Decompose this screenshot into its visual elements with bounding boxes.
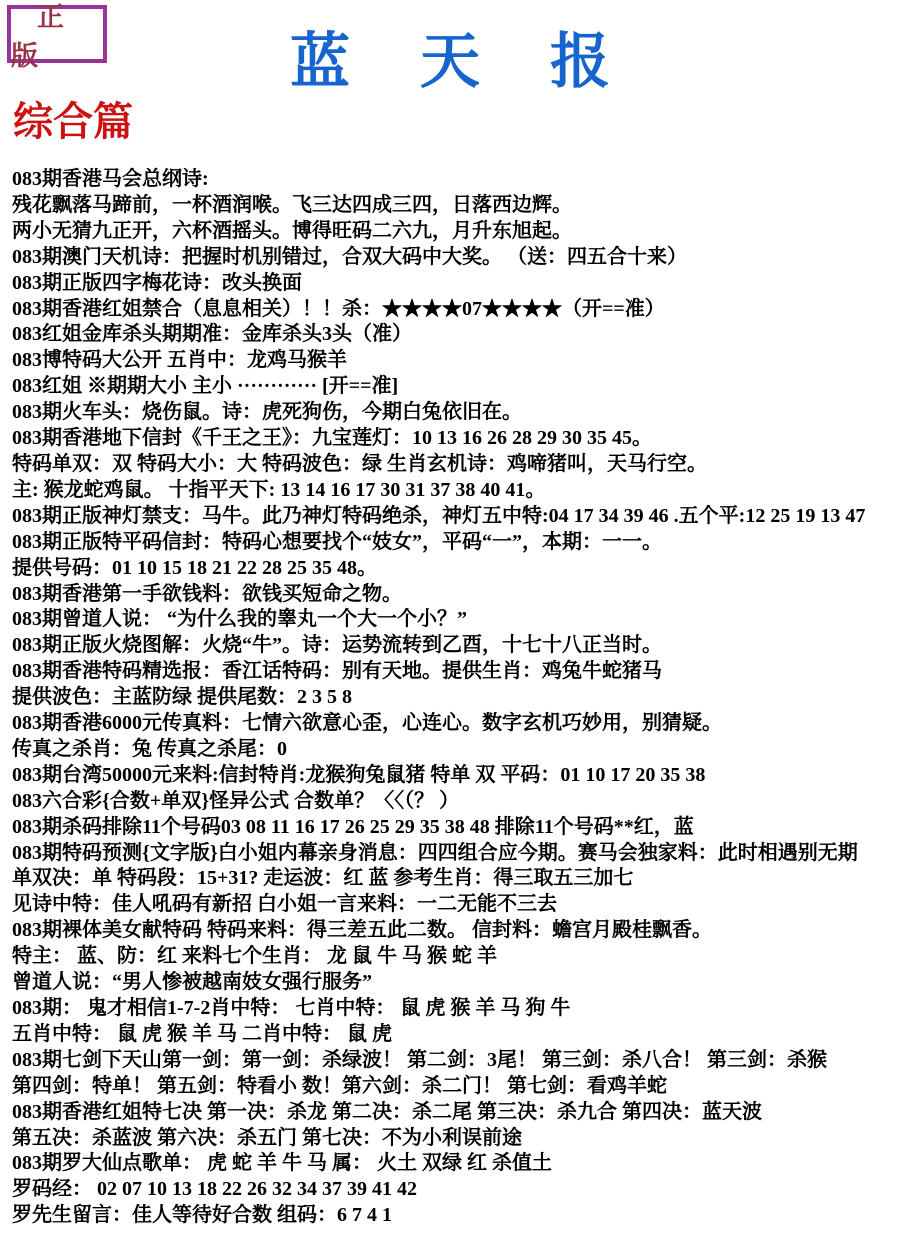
text-line: 两小无猜九正开，六杯酒摇头。博得旺码二六九，月升东旭起。 xyxy=(12,219,900,245)
text-line: 083期香港地下信封《千王之王》：九宝莲灯：10 13 16 26 28 29 … xyxy=(12,426,900,452)
text-line: 083期正版四字梅花诗：改头换面 xyxy=(12,271,900,297)
text-line: 单双决：单 特码段：15+31? 走运波：红 蓝 参考生肖：得三取五三加七 xyxy=(12,866,900,892)
text-line: 第四剑：特单！ 第五剑：特看小 数！第六剑：杀二门！ 第七剑：看鸡羊蛇 xyxy=(12,1074,900,1100)
text-line: 曾道人说：“男人惨被越南妓女强行服务” xyxy=(12,970,900,996)
text-line: 083期香港马会总纲诗: xyxy=(12,167,900,193)
text-line: 提供波色：主蓝防绿 提供尾数：2 3 5 8 xyxy=(12,685,900,711)
text-line: 083期香港红姐特七决 第一决：杀龙 第二决：杀二尾 第三决：杀九合 第四决：蓝… xyxy=(12,1100,900,1126)
text-line: 083期香港红姐禁合（息息相关）！！杀：★★★★07★★★★（开==准） xyxy=(12,297,900,323)
text-line: 083博特码大公开 五肖中：龙鸡马猴羊 xyxy=(12,348,900,374)
text-line: 083期澳门天机诗：把握时机别错过，合双大码中大奖。 （送：四五合十来） xyxy=(12,245,900,271)
text-line: 083期特码预测{文字版}白小姐内幕亲身消息：四四组合应今期。赛马会独家料：此时… xyxy=(12,841,900,867)
text-line: 残花飘落马蹄前，一杯酒润喉。飞三达四成三四，日落西边辉。 xyxy=(12,193,900,219)
page-title: 蓝天报 xyxy=(0,14,900,100)
text-line: 083期香港特码精选报：香江话特码：别有天地。提供生肖：鸡兔牛蛇猪马 xyxy=(12,659,900,685)
body-lines: 083期香港马会总纲诗:残花飘落马蹄前，一杯酒润喉。飞三达四成三四，日落西边辉。… xyxy=(12,167,900,1229)
text-line: 主: 猴龙蛇鸡鼠。 十指平天下: 13 14 16 17 30 31 37 38… xyxy=(12,478,900,504)
text-line: 083期正版特平码信封：特码心想要找个“妓女”，平码“一”，本期：一一。 xyxy=(12,530,900,556)
text-line: 083期香港6000元传真料：七情六欲意心歪，心连心。数字玄机巧妙用，别猜疑。 xyxy=(12,711,900,737)
text-line: 传真之杀肖：兔 传真之杀尾：0 xyxy=(12,737,900,763)
blue-sky-report-page: 正版 蓝天报 综合篇 083期香港马会总纲诗:残花飘落马蹄前，一杯酒润喉。飞三达… xyxy=(0,0,900,1239)
section-heading: 综合篇 xyxy=(13,90,133,147)
text-line: 083期正版火烧图解：火烧“牛”。诗：运势流转到乙酉，十七十八正当时。 xyxy=(12,633,900,659)
text-line: 五肖中特： 鼠 虎 猴 羊 马 二肖中特： 鼠 虎 xyxy=(12,1022,900,1048)
text-line: 083期七剑下天山第一剑：第一剑：杀绿波！ 第二剑：3尾！ 第三剑：杀八合！ 第… xyxy=(12,1048,900,1074)
text-line: 083六合彩{合数+单双}怪异公式 合数单？〈〈（？ ） xyxy=(12,789,900,815)
text-line: 特主： 蓝、防：红 来料七个生肖： 龙 鼠 牛 马 猴 蛇 羊 xyxy=(12,944,900,970)
text-line: 罗码经： 02 07 10 13 18 22 26 32 34 37 39 41… xyxy=(12,1177,900,1203)
text-line: 083期香港第一手欲钱料：欲钱买短命之物。 xyxy=(12,582,900,608)
text-line: 第五决：杀蓝波 第六决：杀五门 第七决：不为小利误前途 xyxy=(12,1126,900,1152)
text-line: 083期正版神灯禁支：马牛。此乃神灯特码绝杀，神灯五中特:04 17 34 39… xyxy=(12,504,900,530)
text-line: 罗先生留言：佳人等待好合数 组码：6 7 4 1 xyxy=(12,1203,900,1229)
text-line: 083期台湾50000元来料:信封特肖:龙猴狗兔鼠猪 特单 双 平码：01 10… xyxy=(12,763,900,789)
text-line: 083期杀码排除11个号码03 08 11 16 17 26 25 29 35 … xyxy=(12,815,900,841)
text-line: 083期曾道人说： “为什么我的睾丸一个大一个小？” xyxy=(12,607,900,633)
text-line: 083期罗大仙点歌单： 虎 蛇 羊 牛 马 属： 火土 双绿 红 杀值土 xyxy=(12,1151,900,1177)
text-line: 083期火车头：烧伤鼠。诗：虎死狗伤，今期白兔依旧在。 xyxy=(12,400,900,426)
text-line: 提供号码：01 10 15 18 21 22 28 25 35 48。 xyxy=(12,556,900,582)
text-line: 特码单双：双 特码大小：大 特码波色：绿 生肖玄机诗：鸡啼猪叫，天马行空。 xyxy=(12,452,900,478)
text-line: 083期裸体美女献特码 特码来料：得三差五此二数。 信封料：蟾宫月殿桂飘香。 xyxy=(12,918,900,944)
text-line: 见诗中特：佳人吼码有新招 白小姐一言来料：一二无能不三去 xyxy=(12,892,900,918)
text-line: 083红姐 ※期期大小 主小 ············ [开==准] xyxy=(12,374,900,400)
text-line: 083期： 鬼才相信1-7-2肖中特： 七肖中特： 鼠 虎 猴 羊 马 狗 牛 xyxy=(12,996,900,1022)
text-line: 083红姐金库杀头期期准：金库杀头3头（准） xyxy=(12,322,900,348)
